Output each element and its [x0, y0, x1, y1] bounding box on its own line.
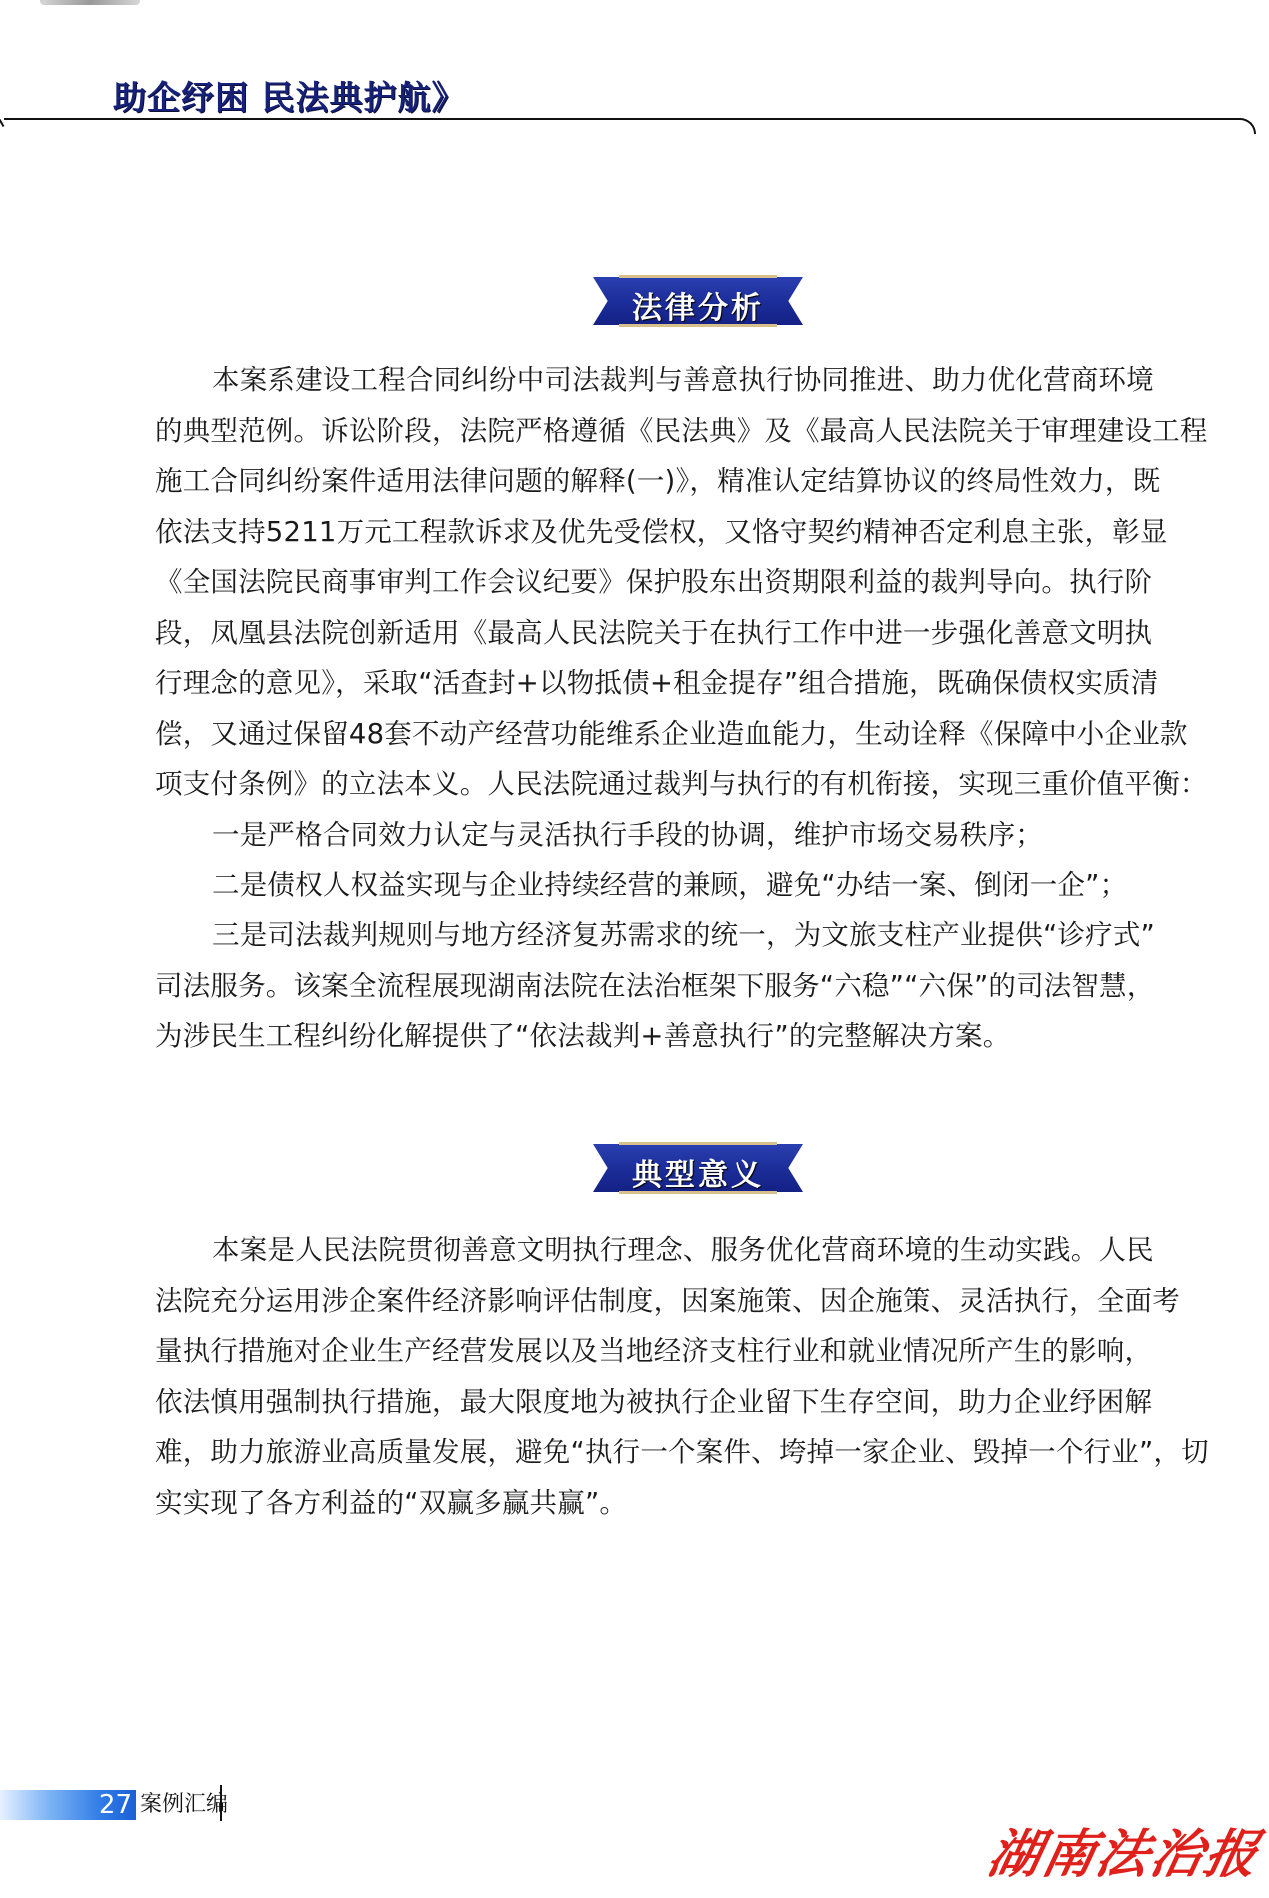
- text-line: 为涉民生工程纠纷化解提供了“依法裁判+善意执行”的完整解决方案。: [155, 1011, 1240, 1062]
- text-line: 《全国法院民商事审判工作会议纪要》保护股东出资期限利益的裁判导向。执行阶: [155, 557, 1240, 608]
- text-line: 段，凤凰县法院创新适用《最高人民法院关于在执行工作中进一步强化善意文明执: [155, 608, 1240, 659]
- text-line: 施工合同纠纷案件适用法律问题的解释(一)》，精准认定结算协议的终局性效力，既: [155, 456, 1240, 507]
- text-line: 量执行措施对企业生产经营发展以及当地经济支柱行业和就业情况所产生的影响，: [155, 1326, 1240, 1377]
- text-line: 行理念的意见》，采取“活查封+以物抵债+租金提存”组合措施，既确保债权实质清: [155, 658, 1240, 709]
- text-line: 一是严格合同效力认定与灵活执行手段的协调，维护市场交易秩序；: [155, 810, 1240, 861]
- text-line: 法院充分运用涉企案件经济影响评估制度，因案施策、因企施策、灵活执行，全面考: [155, 1276, 1240, 1327]
- footer-divider: [220, 1785, 222, 1821]
- text-line: 难，助力旅游业高质量发展，避免“执行一个案件、垮掉一家企业、毁掉一个行业”，切: [155, 1427, 1240, 1478]
- newspaper-logo: 湖南法治报: [982, 1812, 1268, 1887]
- page-number-tab: 27: [0, 1790, 136, 1820]
- section-heading: 法律分析: [593, 283, 803, 327]
- text-line: 三是司法裁判规则与地方经济复苏需求的统一，为文旅支柱产业提供“诊疗式”: [155, 910, 1240, 961]
- text-line: 偿，又通过保留48套不动产经营功能维系企业造血能力，生动诠释《保障中小企业款: [155, 709, 1240, 760]
- text-line: 的典型范例。诉讼阶段，法院严格遵循《民法典》及《最高人民法院关于审理建设工程: [155, 406, 1240, 457]
- text-line: 依法慎用强制执行措施，最大限度地为被执行企业留下生存空间，助力企业纾困解: [155, 1377, 1240, 1428]
- section-heading: 典型意义: [593, 1150, 803, 1194]
- page-edge-shadow: [40, 0, 140, 5]
- text-line: 司法服务。该案全流程展现湖南法院在法治框架下服务“六稳”“六保”的司法智慧，: [155, 961, 1240, 1012]
- running-header-title: 助企纾困 民法典护航》: [113, 72, 466, 119]
- text-line: 依法支持5211万元工程款诉求及优先受偿权，又恪守契约精神否定利息主张，彰显: [155, 507, 1240, 558]
- text-line: 项支付条例》的立法本义。人民法院通过裁判与执行的有机衔接，实现三重价值平衡：: [155, 759, 1240, 810]
- section-banner-typical-significance: 典型意义: [593, 1144, 803, 1192]
- header-divider: [4, 118, 1256, 134]
- paragraph-typical-significance: 本案是人民法院贯彻善意文明执行理念、服务优化营商环境的生动实践。人民 法院充分运…: [155, 1225, 1240, 1528]
- footer-section-label: 案例汇编: [140, 1790, 228, 1820]
- text-line: 本案是人民法院贯彻善意文明执行理念、服务优化营商环境的生动实践。人民: [155, 1225, 1240, 1276]
- paragraph-point-two: 二是债权人权益实现与企业持续经营的兼顾，避免“办结一案、倒闭一企”；: [155, 860, 1240, 911]
- text-line: 本案系建设工程合同纠纷中司法裁判与善意执行协同推进、助力优化营商环境: [155, 355, 1240, 406]
- banner-gold-edge: [619, 275, 777, 278]
- page-number: 27: [99, 1790, 132, 1820]
- paragraph-point-one: 一是严格合同效力认定与灵活执行手段的协调，维护市场交易秩序；: [155, 810, 1240, 861]
- paragraph-point-three: 三是司法裁判规则与地方经济复苏需求的统一，为文旅支柱产业提供“诊疗式” 司法服务…: [155, 910, 1240, 1062]
- section-banner-legal-analysis: 法律分析: [593, 277, 803, 325]
- text-line: 实实现了各方利益的“双赢多赢共赢”。: [155, 1478, 1240, 1529]
- banner-gold-edge: [619, 1142, 777, 1145]
- paragraph-legal-analysis-1: 本案系建设工程合同纠纷中司法裁判与善意执行协同推进、助力优化营商环境 的典型范例…: [155, 355, 1240, 810]
- text-line: 二是债权人权益实现与企业持续经营的兼顾，避免“办结一案、倒闭一企”；: [155, 860, 1240, 911]
